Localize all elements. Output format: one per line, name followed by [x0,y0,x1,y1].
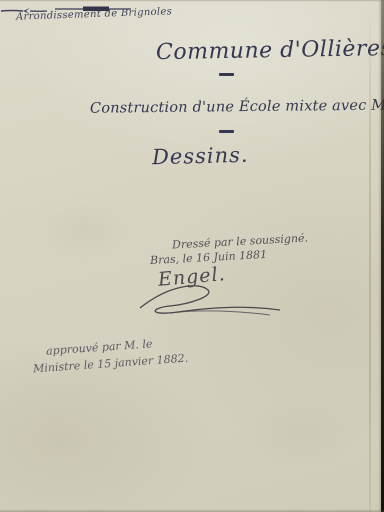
separator-dash [219,73,234,76]
section-title: Dessins. [152,143,249,170]
page-edge-top [0,0,384,2]
scanned-document-page: Arrondissement de Brignoles Commune d'Ol… [0,0,384,512]
document-title: Commune d'Ollières. [156,36,384,65]
separator-dash [219,130,234,133]
paper-stain [240,400,360,470]
signature-flourish [130,282,290,318]
document-subtitle: Construction d'une École mixte avec Mair… [90,97,384,116]
paper-crease [369,0,371,512]
paper-stain [40,200,130,260]
